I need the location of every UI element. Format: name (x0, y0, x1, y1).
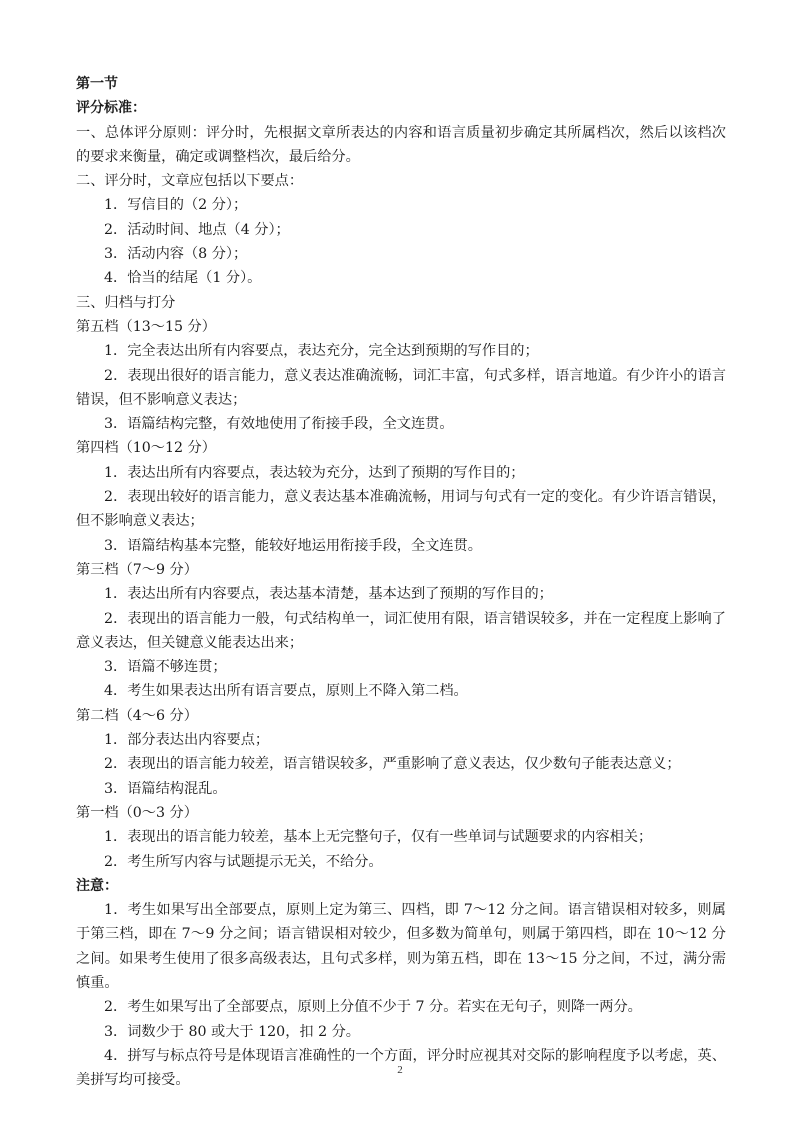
band-item: 2．表现出的语言能力一般，句式结构单一，词汇使用有限，语言错误较多，并在一定程度… (76, 607, 726, 656)
key-point-item: 4．恰当的结尾（1 分）。 (76, 266, 726, 290)
band-title: 第二档（4～6 分） (76, 704, 726, 728)
band-title: 第四档（10～12 分） (76, 436, 726, 460)
band-item: 2．表现出很好的语言能力，意义表达准确流畅，词汇丰富，句式多样，语言地道。有少许… (76, 364, 726, 413)
band-item: 1．完全表达出所有内容要点，表达充分，完全达到预期的写作目的； (76, 339, 726, 363)
band-item: 3．语篇结构基本完整，能较好地运用衔接手段，全文连贯。 (76, 534, 726, 558)
document-page: 第一节 评分标准： 一、总体评分原则：评分时，先根据文章所表达的内容和语言质量初… (76, 72, 726, 1092)
band-1: 第一档（0～3 分） 1．表现出的语言能力较差，基本上无完整句子，仅有一些单词与… (76, 801, 726, 874)
band-title: 第一档（0～3 分） (76, 801, 726, 825)
band-title: 第五档（13～15 分） (76, 315, 726, 339)
band-item: 2．表现出的语言能力较差，语言错误较多，严重影响了意义表达，仅少数句子能表达意义… (76, 752, 726, 776)
band-item: 1．部分表达出内容要点； (76, 728, 726, 752)
section-title: 第一节 (76, 72, 726, 96)
key-point-item: 3．活动内容（8 分）； (76, 242, 726, 266)
band-item: 2．考生所写内容与试题提示无关，不给分。 (76, 850, 726, 874)
band-item: 1．表现出的语言能力较差，基本上无完整句子，仅有一些单词与试题要求的内容相关； (76, 825, 726, 849)
page-number: 2 (0, 1064, 800, 1076)
key-point-item: 2．活动时间、地点（4 分）； (76, 218, 726, 242)
band-3: 第三档（7～9 分） 1．表达出所有内容要点，表达基本清楚，基本达到了预期的写作… (76, 558, 726, 704)
band-item: 1．表达出所有内容要点，表达较为充分，达到了预期的写作目的； (76, 461, 726, 485)
band-item: 3．语篇结构完整，有效地使用了衔接手段，全文连贯。 (76, 412, 726, 436)
note-item: 2．考生如果写出了全部要点，原则上分值不少于 7 分。若实在无句子，则降一两分。 (76, 995, 726, 1019)
general-principle: 一、总体评分原则：评分时，先根据文章所表达的内容和语言质量初步确定其所属档次，然… (76, 121, 726, 170)
band-item: 2．表现出较好的语言能力，意义表达基本准确流畅，用词与句式有一定的变化。有少许语… (76, 485, 726, 534)
band-item: 3．语篇不够连贯； (76, 655, 726, 679)
key-points-list: 1．写信目的（2 分）； 2．活动时间、地点（4 分）； 3．活动内容（8 分）… (76, 193, 726, 290)
key-points-heading: 二、评分时，文章应包括以下要点： (76, 169, 726, 193)
criteria-heading: 评分标准： (76, 96, 726, 120)
note-item: 3．词数少于 80 或大于 120，扣 2 分。 (76, 1020, 726, 1044)
grading-heading: 三、归档与打分 (76, 291, 726, 315)
band-2: 第二档（4～6 分） 1．部分表达出内容要点； 2．表现出的语言能力较差，语言错… (76, 704, 726, 801)
band-5: 第五档（13～15 分） 1．完全表达出所有内容要点，表达充分，完全达到预期的写… (76, 315, 726, 436)
note-item: 1．考生如果写出全部要点，原则上定为第三、四档，即 7～12 分之间。语言错误相… (76, 898, 726, 995)
key-point-item: 1．写信目的（2 分）； (76, 193, 726, 217)
band-item: 3．语篇结构混乱。 (76, 777, 726, 801)
notes-heading: 注意： (76, 874, 726, 898)
band-4: 第四档（10～12 分） 1．表达出所有内容要点，表达较为充分，达到了预期的写作… (76, 436, 726, 557)
band-item: 4．考生如果表达出所有语言要点，原则上不降入第二档。 (76, 679, 726, 703)
band-title: 第三档（7～9 分） (76, 558, 726, 582)
band-item: 1．表达出所有内容要点，表达基本清楚，基本达到了预期的写作目的； (76, 582, 726, 606)
